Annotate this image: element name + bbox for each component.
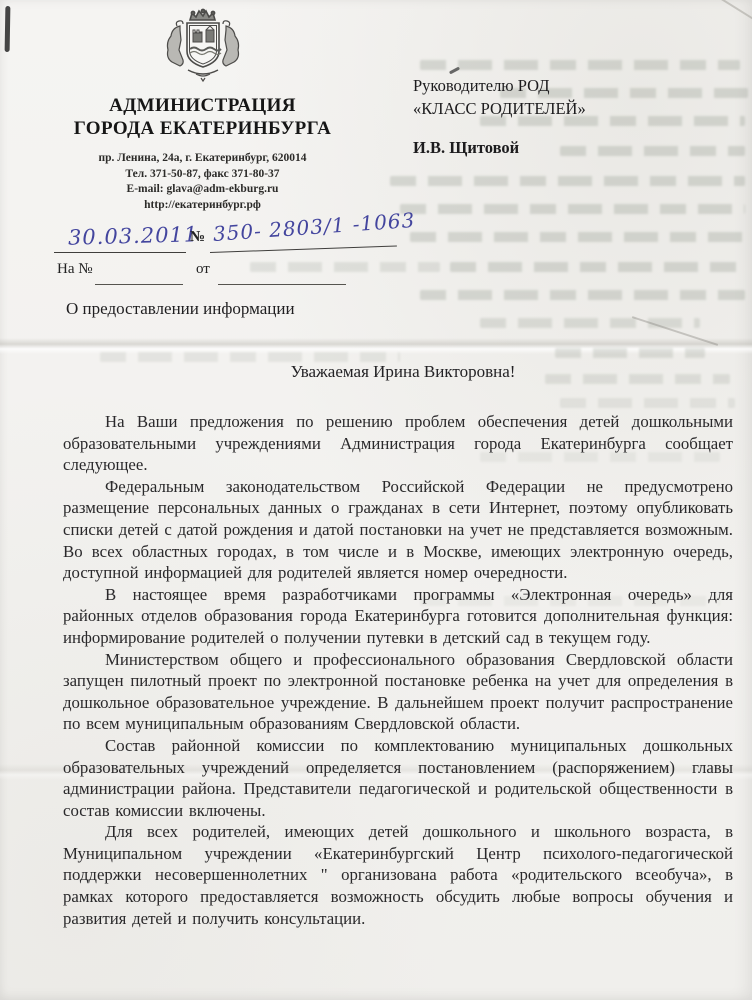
letterhead: АДМИНИСТРАЦИЯ ГОРОДА ЕКАТЕРИНБУРГА пр. Л… bbox=[45, 8, 360, 213]
number-sign-label: № bbox=[190, 229, 205, 246]
scanned-letter-page: { "letterhead": { "emblem_icon": "yekate… bbox=[0, 0, 752, 1000]
bleed-through-text-artifact bbox=[480, 318, 700, 328]
bleed-through-text-artifact bbox=[555, 348, 705, 358]
org-address-line: пр. Ленина, 24а, г. Екатеринбург, 620014 bbox=[45, 151, 360, 167]
reply-from-label: от bbox=[196, 261, 210, 278]
recipient-block: Руководителю РОД «КЛАСС РОДИТЕЛЕЙ» И.В. … bbox=[413, 74, 743, 159]
body-paragraph-1: На Ваши предложения по решению проблем о… bbox=[63, 411, 733, 476]
salutation: Уважаемая Ирина Викторовна! bbox=[63, 362, 743, 382]
bleed-through-text-artifact bbox=[400, 204, 745, 214]
reply-to-label: На № bbox=[57, 261, 93, 278]
recipient-name: И.В. Щитовой bbox=[413, 136, 743, 159]
recipient-title: Руководителю РОД bbox=[413, 74, 743, 97]
handwritten-outgoing-number: 350- 2803/1 -1063 bbox=[212, 208, 416, 246]
org-name-line2: ГОРОДА ЕКАТЕРИНБУРГА bbox=[45, 117, 360, 140]
body-paragraph-2: Федеральным законодательством Российской… bbox=[63, 476, 733, 584]
bleed-through-text-artifact bbox=[450, 262, 745, 272]
bleed-through-text-artifact bbox=[390, 176, 745, 186]
org-website-line: http://екатеринбург.рф bbox=[45, 198, 360, 214]
body-paragraph-4: Министерством общего и профессионального… bbox=[63, 649, 733, 735]
bleed-through-text-artifact bbox=[410, 232, 745, 242]
handwritten-date: 30.03.2011 bbox=[68, 222, 199, 249]
bleed-through-text-artifact bbox=[250, 262, 440, 272]
reply-number-underline bbox=[95, 284, 183, 285]
paper-corner-crease bbox=[668, 0, 752, 25]
org-address-block: пр. Ленина, 24а, г. Екатеринбург, 620014… bbox=[45, 151, 360, 213]
body-paragraph-5: Состав районной комиссии по комплектован… bbox=[63, 735, 733, 821]
org-name-line1: АДМИНИСТРАЦИЯ bbox=[45, 94, 360, 117]
bleed-through-text-artifact bbox=[420, 290, 745, 300]
scanner-edge-artifact bbox=[5, 6, 11, 52]
bleed-through-text-artifact bbox=[100, 352, 400, 362]
number-underline bbox=[210, 245, 397, 253]
date-underline bbox=[54, 252, 186, 253]
bleed-through-text-artifact bbox=[420, 60, 740, 70]
org-phone-line: Тел. 371-50-87, факс 371-80-37 bbox=[45, 167, 360, 183]
reply-date-underline bbox=[218, 284, 346, 285]
recipient-organization: «КЛАСС РОДИТЕЛЕЙ» bbox=[413, 97, 743, 120]
body-paragraph-3: В настоящее время разработчиками програм… bbox=[63, 584, 733, 649]
bleed-through-text-artifact bbox=[560, 398, 735, 408]
yekaterinburg-coat-of-arms-icon bbox=[144, 8, 262, 84]
org-email-line: E-mail: glava@adm-ekburg.ru bbox=[45, 182, 360, 198]
subject-line: О предоставлении информации bbox=[66, 299, 295, 319]
letter-body: На Ваши предложения по решению проблем о… bbox=[63, 411, 733, 929]
body-paragraph-6: Для всех родителей, имеющих детей дошкол… bbox=[63, 821, 733, 929]
